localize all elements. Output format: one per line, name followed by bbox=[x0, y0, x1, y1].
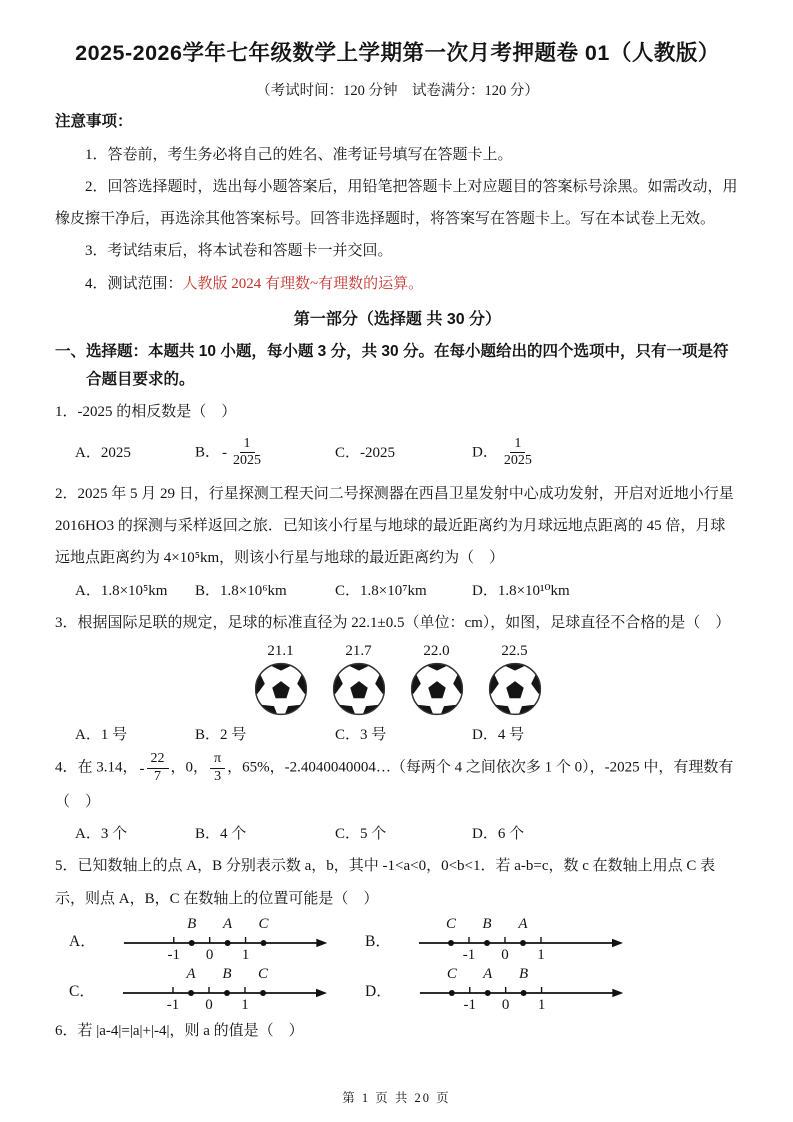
question-1-stem: 1．-2025 的相反数是（ ） bbox=[55, 396, 740, 428]
svg-text:A: A bbox=[185, 966, 196, 982]
football-icon bbox=[331, 661, 387, 717]
question-6: 6．若 |a-4|=|a|+|-4|，则 a 的值是（ ） bbox=[55, 1015, 740, 1047]
numberline-diagram: -101ABC bbox=[97, 965, 331, 1015]
option-c-label: C． bbox=[335, 445, 360, 461]
svg-text:0: 0 bbox=[501, 947, 509, 963]
notice-item-3: 3．考试结束后，将本试卷和答题卡一并交回。 bbox=[55, 235, 740, 267]
test-scope-highlight: 人教版 2024 有理数~有理数的运算。 bbox=[183, 276, 424, 292]
svg-text:1: 1 bbox=[537, 947, 545, 963]
notice-heading: 注意事项： bbox=[55, 106, 740, 139]
question-4-options: A．3 个 B．4 个 C．5 个 D．6 个 bbox=[75, 818, 740, 850]
option-a: A．2025 bbox=[75, 437, 195, 469]
option-a: A．3 个 bbox=[75, 818, 195, 850]
numberline-diagram: -101CBA bbox=[393, 915, 627, 965]
fraction-numerator: 1 bbox=[510, 436, 525, 454]
option-d: D．4 号 bbox=[472, 719, 740, 751]
ball-diameter-label: 21.1 bbox=[267, 643, 293, 660]
option-label: A． bbox=[69, 929, 96, 951]
stem-text: 4．在 3.14， bbox=[55, 760, 138, 776]
exam-info-line: （考试时间：120 分钟 试卷满分：120 分） bbox=[55, 79, 740, 100]
fraction-denominator: 2025 bbox=[229, 453, 265, 470]
football-icon bbox=[487, 661, 543, 717]
question-4: 4．在 3.14，-227，0，π3，65%，-2.4040040004…（每两… bbox=[55, 751, 740, 850]
svg-text:1: 1 bbox=[241, 997, 249, 1013]
question-2: 2．2025 年 5 月 29 日，行星探测工程天问二号探测器在西昌卫星发射中心… bbox=[55, 478, 740, 607]
football-item: 22.5 bbox=[487, 643, 543, 717]
option-c: C．5 个 bbox=[335, 818, 472, 850]
part-one-heading: 第一部分（选择题 共 30 分） bbox=[55, 304, 740, 336]
ball-diameter-label: 22.5 bbox=[501, 643, 527, 660]
fraction-numerator: 22 bbox=[147, 751, 169, 769]
option-label: D． bbox=[365, 979, 392, 1001]
question-2-options: A．1.8×10⁵km B．1.8×10⁶km C．1.8×10⁷km D．1.… bbox=[75, 575, 740, 607]
option-b: B．4 个 bbox=[195, 818, 335, 850]
numberline-option: C．-101ABC bbox=[69, 965, 331, 1015]
ball-diameter-label: 22.0 bbox=[423, 643, 449, 660]
svg-text:C: C bbox=[447, 966, 458, 982]
question-4-stem: 4．在 3.14，-227，0，π3，65%，-2.4040040004…（每两… bbox=[55, 751, 740, 818]
fraction-denominator: 2025 bbox=[500, 453, 536, 470]
svg-text:B: B bbox=[222, 966, 231, 982]
svg-text:-1: -1 bbox=[463, 997, 475, 1013]
option-d-label: D． bbox=[472, 444, 498, 460]
svg-text:-1: -1 bbox=[167, 947, 179, 963]
football-item: 22.0 bbox=[409, 643, 465, 717]
svg-text:B: B bbox=[187, 916, 196, 932]
stem-text: ，0， bbox=[171, 760, 209, 776]
fraction-sign: - bbox=[222, 437, 227, 469]
exam-page: 2025-2026学年七年级数学上学期第一次月考押题卷 01（人教版） （考试时… bbox=[0, 0, 793, 1122]
option-label: B． bbox=[365, 929, 391, 951]
notice-item-4: 4．测试范围：人教版 2024 有理数~有理数的运算。 bbox=[55, 268, 740, 300]
svg-text:C: C bbox=[258, 916, 269, 932]
football-item: 21.7 bbox=[331, 643, 387, 717]
question-5-stem: 5．已知数轴上的点 A，B 分别表示数 a，b，其中 -1<a<0，0<b<1．… bbox=[55, 850, 740, 915]
option-a-label: A． bbox=[75, 445, 101, 461]
svg-text:0: 0 bbox=[205, 997, 213, 1013]
page-number: 第 1 页 共 20 页 bbox=[0, 1088, 793, 1106]
option-b: B．-12025 bbox=[195, 436, 335, 471]
football-item: 21.1 bbox=[253, 643, 309, 717]
option-a-value: 2025 bbox=[101, 445, 131, 461]
option-b: B．1.8×10⁶km bbox=[195, 575, 335, 607]
q3-balls: 21.121.722.022.5 bbox=[55, 643, 740, 717]
numberline-diagram: -101BAC bbox=[98, 915, 331, 965]
question-1: 1．-2025 的相反数是（ ） A．2025 B．-12025 C．-2025… bbox=[55, 396, 740, 478]
fraction: -227 bbox=[140, 751, 169, 786]
svg-text:1: 1 bbox=[538, 997, 545, 1013]
svg-text:-1: -1 bbox=[167, 997, 180, 1013]
ball-diameter-label: 21.7 bbox=[345, 643, 371, 660]
football-icon bbox=[253, 661, 309, 717]
svg-text:C: C bbox=[258, 966, 269, 982]
question-3-stem: 3．根据国际足联的规定，足球的标准直径为 22.1±0.5（单位：cm），如图，… bbox=[55, 607, 740, 639]
fraction-denominator: 7 bbox=[150, 769, 165, 786]
q5-numberlines: A．-101BACB．-101CBAC．-101ABCD．-101CAB bbox=[69, 915, 740, 1015]
notice-item-4-prefix: 4．测试范围： bbox=[85, 276, 183, 292]
notice-item-2: 2．回答选择题时，选出每小题答案后，用铅笔把答题卡上对应题目的答案标号涂黑。如需… bbox=[55, 171, 740, 236]
notice-item-1: 1．答卷前，考生务必将自己的姓名、准考证号填写在答题卡上。 bbox=[55, 139, 740, 171]
numberline-option: A．-101BAC bbox=[69, 915, 331, 965]
numberline-diagram: -101CAB bbox=[394, 965, 627, 1015]
football-icon bbox=[409, 661, 465, 717]
option-b-label: B． bbox=[195, 444, 220, 460]
option-c-value: -2025 bbox=[360, 445, 395, 461]
svg-text:A: A bbox=[482, 966, 493, 982]
question-3-options: A．1 号 B．2 号 C．3 号 D．4 号 bbox=[75, 719, 740, 751]
notice-section: 注意事项： 1．答卷前，考生务必将自己的姓名、准考证号填写在答题卡上。 2．回答… bbox=[55, 106, 740, 300]
option-d: D．12025 bbox=[472, 436, 740, 471]
fraction: -12025 bbox=[222, 436, 265, 471]
svg-text:B: B bbox=[482, 916, 491, 932]
option-c: C．1.8×10⁷km bbox=[335, 575, 472, 607]
svg-text:1: 1 bbox=[242, 947, 249, 963]
svg-text:B: B bbox=[519, 966, 528, 982]
option-a: A．1.8×10⁵km bbox=[75, 575, 195, 607]
fraction-numerator: 1 bbox=[240, 436, 255, 454]
fraction-sign: - bbox=[140, 753, 145, 785]
option-c: C．3 号 bbox=[335, 719, 472, 751]
fraction: π3 bbox=[210, 751, 225, 786]
question-1-options: A．2025 B．-12025 C．-2025 D．12025 bbox=[75, 428, 740, 478]
question-5: 5．已知数轴上的点 A，B 分别表示数 a，b，其中 -1<a<0，0<b<1．… bbox=[55, 850, 740, 1015]
option-d: D．1.8×10¹⁰km bbox=[472, 575, 740, 607]
page-title: 2025-2026学年七年级数学上学期第一次月考押题卷 01（人教版） bbox=[55, 36, 740, 67]
svg-text:0: 0 bbox=[502, 997, 509, 1013]
section-one-instruction: 一、选择题：本题共 10 小题，每小题 3 分，共 30 分。在每小题给出的四个… bbox=[55, 338, 740, 394]
numberline-option: D．-101CAB bbox=[365, 965, 627, 1015]
option-c: C．-2025 bbox=[335, 437, 472, 469]
fraction-denominator: 3 bbox=[210, 769, 225, 786]
svg-text:C: C bbox=[446, 916, 457, 932]
option-b: B．2 号 bbox=[195, 719, 335, 751]
svg-text:0: 0 bbox=[206, 947, 213, 963]
question-2-stem: 2．2025 年 5 月 29 日，行星探测工程天问二号探测器在西昌卫星发射中心… bbox=[55, 478, 740, 575]
svg-text:A: A bbox=[517, 916, 528, 932]
question-3: 3．根据国际足联的规定，足球的标准直径为 22.1±0.5（单位：cm），如图，… bbox=[55, 607, 740, 752]
fraction-numerator: π bbox=[210, 751, 225, 769]
fraction: 12025 bbox=[500, 436, 536, 471]
numberline-option: B．-101CBA bbox=[365, 915, 627, 965]
svg-text:-1: -1 bbox=[463, 947, 476, 963]
question-6-stem: 6．若 |a-4|=|a|+|-4|，则 a 的值是（ ） bbox=[55, 1015, 740, 1047]
option-a: A．1 号 bbox=[75, 719, 195, 751]
option-d: D．6 个 bbox=[472, 818, 740, 850]
svg-text:A: A bbox=[222, 916, 233, 932]
option-label: C． bbox=[69, 979, 95, 1001]
